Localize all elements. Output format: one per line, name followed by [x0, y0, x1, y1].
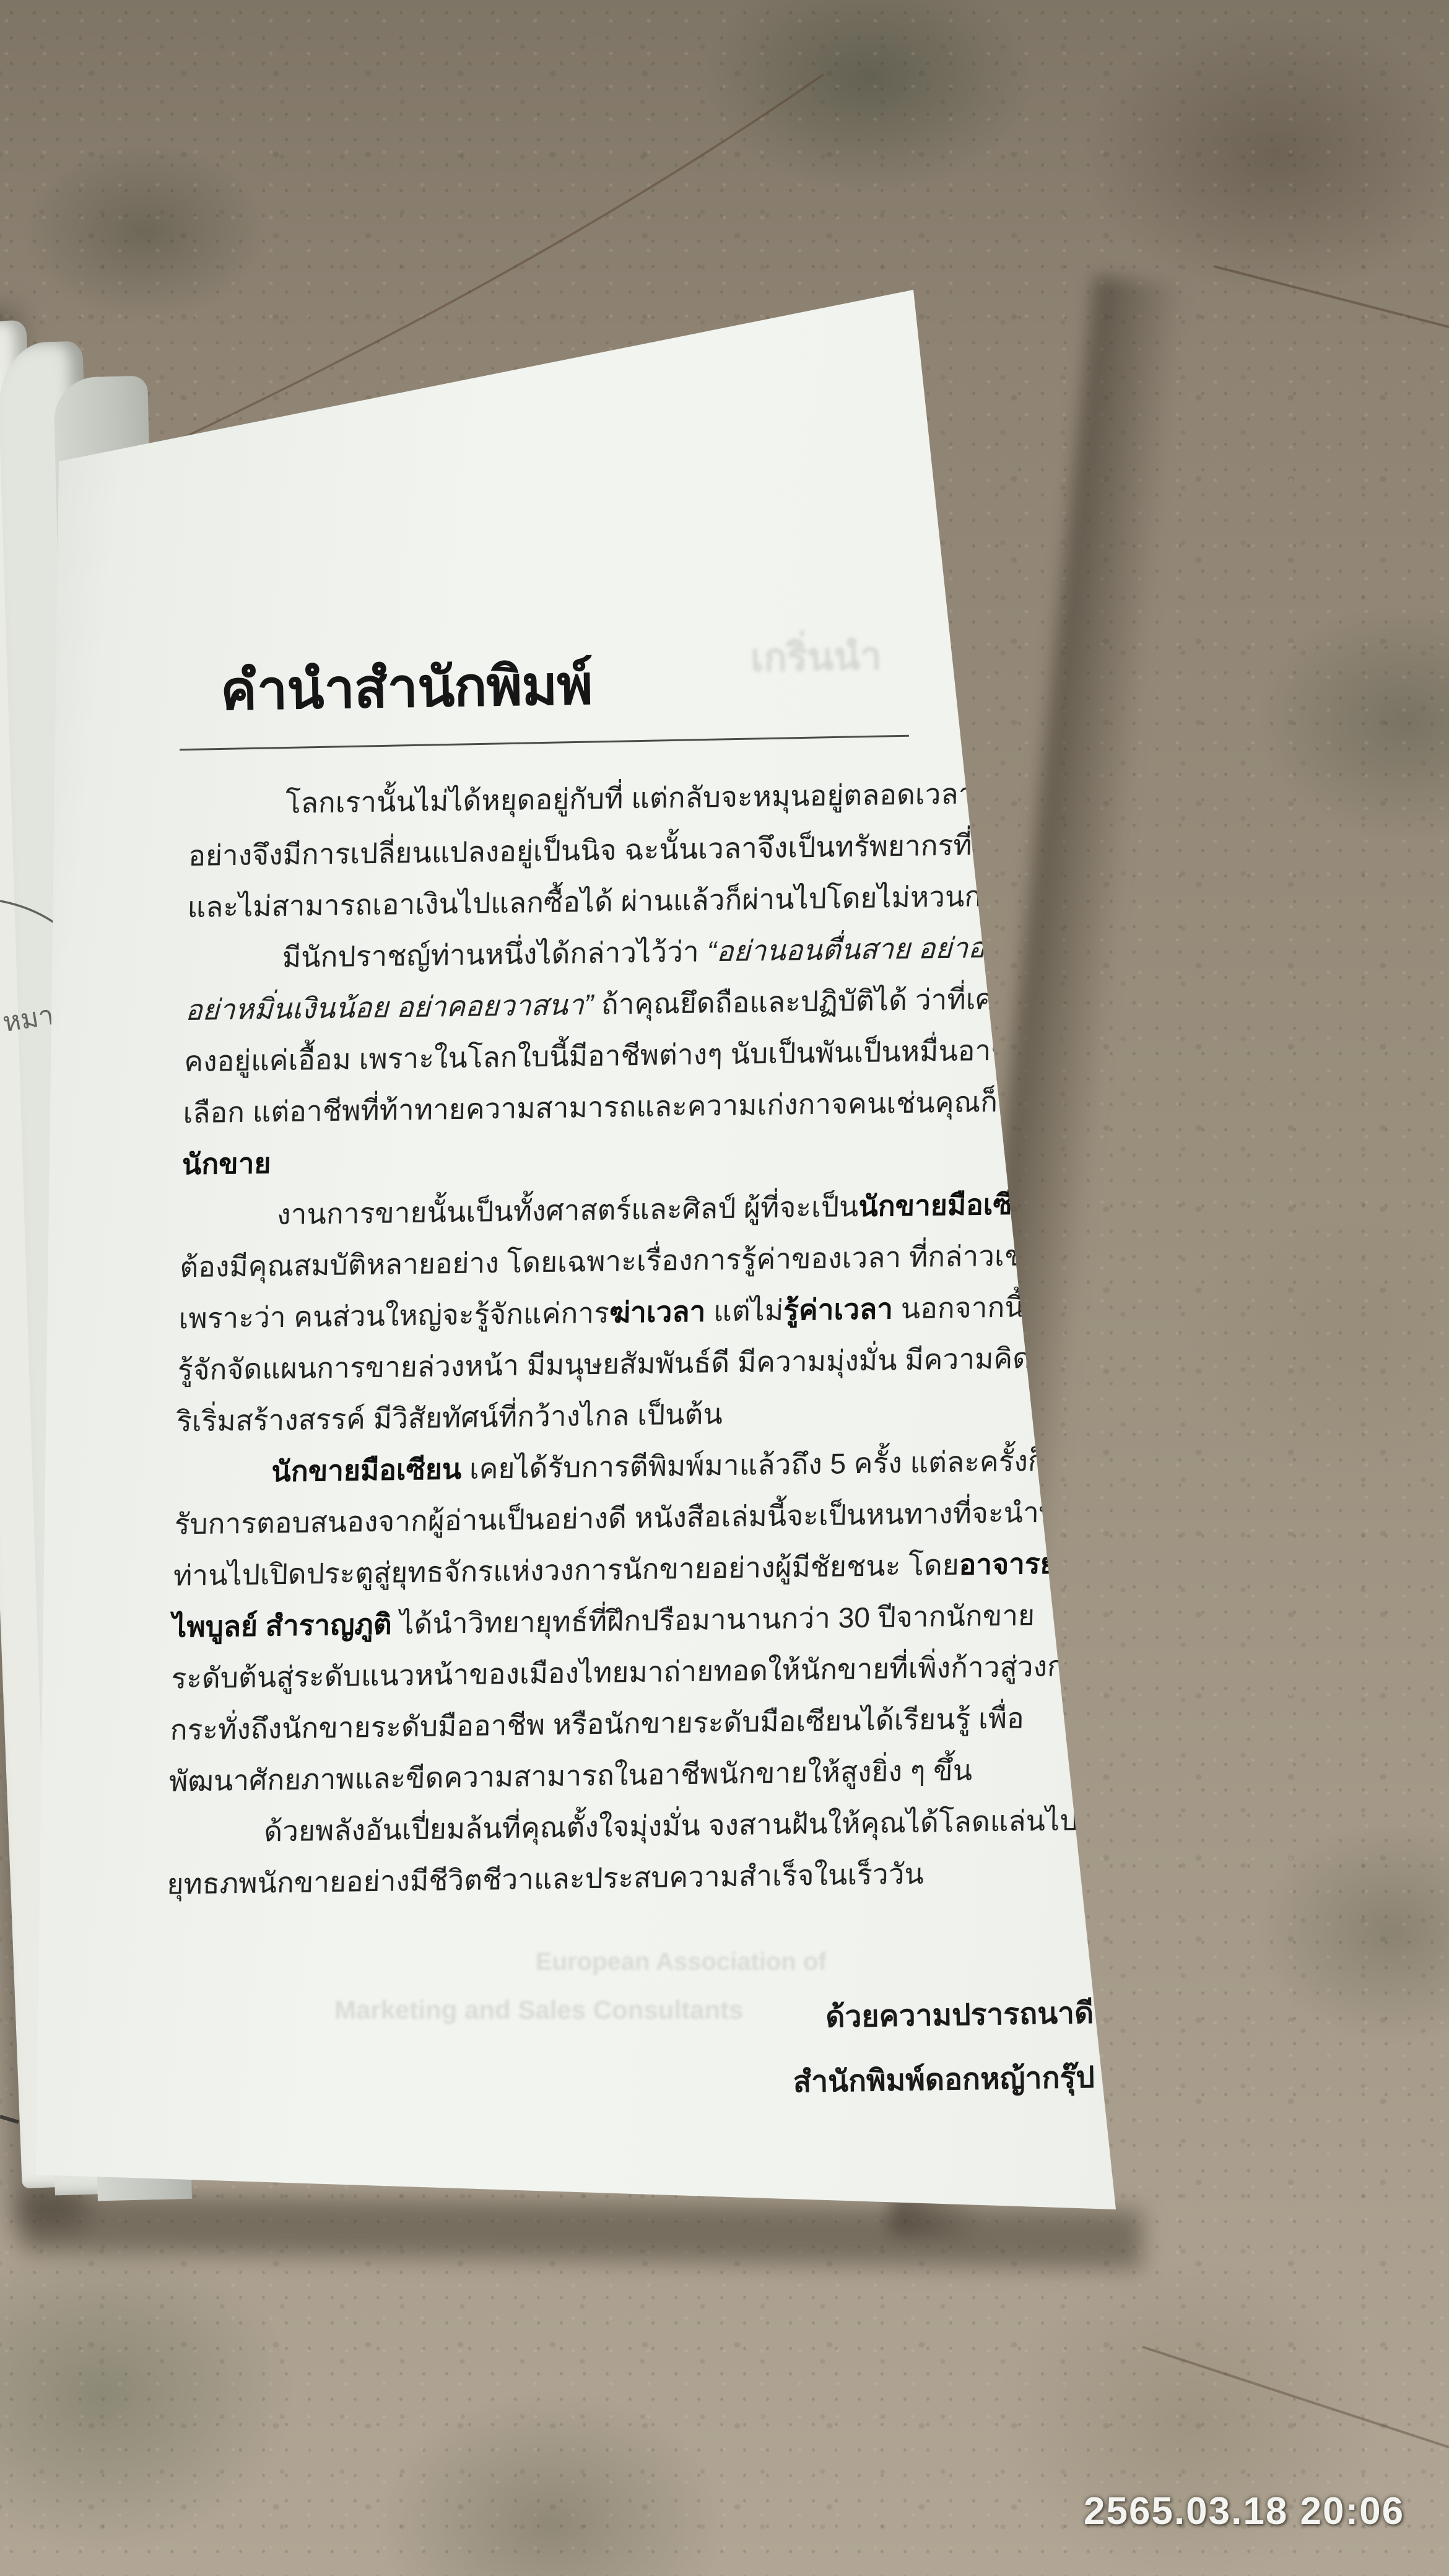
page-title: คำนำสำนักพิมพ์: [220, 641, 593, 733]
showthrough-header-text: เกริ่นนำ: [750, 625, 882, 688]
left-page-edge-line: [0, 2117, 19, 2122]
closing-block: ด้วยความปรารถนาดี สำนักพิมพ์ดอกหญ้ากรุ๊ป: [677, 1982, 1095, 2117]
closing-line: สำนักพิมพ์ดอกหญ้ากรุ๊ป: [678, 2046, 1095, 2117]
camera-timestamp: 2565.03.18 20:06: [1084, 2489, 1404, 2533]
photo-of-book-page: { "photo": { "timestamp": "2565.03.18 20…: [0, 0, 1449, 2576]
title-divider-rule: [180, 735, 909, 751]
showthrough-line: European Association of: [536, 1948, 827, 1976]
closing-line: ด้วยความปรารถนาดี: [677, 1982, 1094, 2053]
